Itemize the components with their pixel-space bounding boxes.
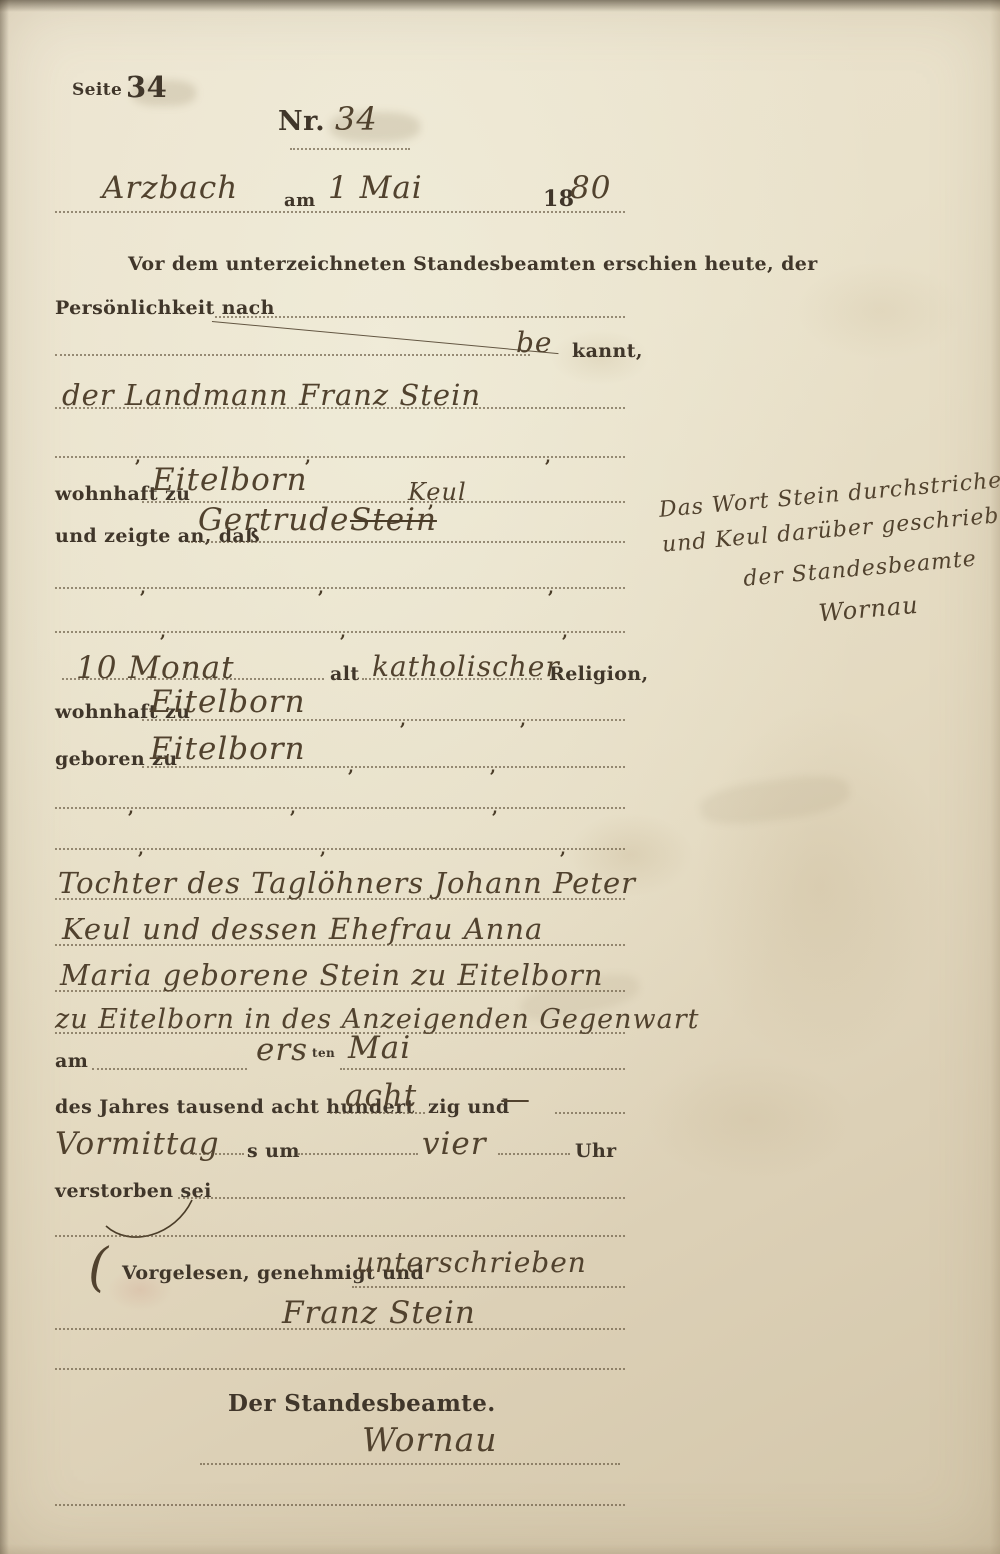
ruled-line: [55, 211, 625, 213]
record-number-label: Nr.: [278, 106, 325, 137]
wohnhaft-entry-2: Eitelborn: [150, 684, 306, 720]
child-surname-struck: Stein: [350, 502, 437, 538]
parents-line1: Tochter des Taglöhners Johann Peter: [58, 866, 636, 900]
ruled-line: [340, 1068, 625, 1070]
ruled-line: [55, 1032, 625, 1034]
ruled-line: [330, 1112, 425, 1114]
death-day-entry: ers: [256, 1032, 308, 1068]
year-entry: 80: [570, 170, 611, 206]
alt-label: alt: [330, 663, 360, 685]
date-day-entry: 1 Mai: [328, 170, 423, 206]
ruled-line: [142, 719, 625, 721]
ruled-line: [55, 1328, 625, 1330]
ditto-mark: ,: [545, 447, 551, 467]
record-number-value: 34: [335, 100, 378, 138]
geboren-entry: Eitelborn: [150, 731, 306, 767]
ditto-mark: ,: [492, 798, 498, 818]
death-am-label: am: [55, 1050, 88, 1072]
scan-edge-vignette: [0, 0, 1000, 1554]
ditto-mark: ,: [290, 798, 296, 818]
parents-line2: Keul und dessen Ehefrau Anna: [62, 912, 543, 946]
ditto-mark: ,: [128, 798, 134, 818]
paper-stains: [0, 0, 1000, 1554]
wohnhaft-entry-1: Eitelborn: [152, 462, 308, 498]
ruled-line: [290, 148, 410, 150]
bekannt-printed: kannt,: [572, 340, 643, 362]
child-surname-correction: Keul: [408, 478, 467, 506]
ruled-line: [200, 1463, 620, 1465]
age-entry: 10 Monat: [76, 650, 235, 686]
ditto-mark: ,: [560, 839, 566, 859]
margin-note: Das Wort Stein durchstrichen und Keul da…: [658, 469, 999, 640]
ditto-mark: ,: [160, 622, 166, 642]
ditto-mark: ,: [135, 447, 141, 467]
daytime-entry: Vormittag: [55, 1126, 220, 1162]
ruled-line: [188, 541, 625, 543]
ditto-mark: ,: [340, 622, 346, 642]
paren-flourish: (: [88, 1238, 109, 1298]
bleed-through-smudge: [698, 770, 852, 830]
ruled-line: [192, 1153, 244, 1155]
uhr-label: Uhr: [575, 1140, 617, 1162]
ruled-line: [55, 898, 625, 900]
official-signature: Wornau: [362, 1420, 498, 1459]
ditto-mark: ,: [490, 757, 496, 777]
margin-note-signature: Wornau: [817, 584, 999, 628]
ruled-line: [498, 1153, 570, 1155]
ruled-line: [362, 678, 542, 680]
s-um-label: s um: [247, 1140, 300, 1162]
ditto-mark: ,: [520, 710, 526, 730]
death-month-entry: Mai: [348, 1030, 411, 1066]
place-entry: Arzbach: [102, 170, 238, 206]
ruled-line: [215, 316, 625, 318]
blank-dash: —: [500, 1082, 531, 1117]
ditto-mark: ,: [318, 578, 324, 598]
ditto-mark: ,: [348, 757, 354, 777]
standesbeamte-title: Der Standesbeamte.: [228, 1390, 496, 1417]
ruled-line: [55, 1368, 625, 1370]
parents-line3: Maria geborene Stein zu Eitelborn: [60, 958, 604, 992]
child-first-name: Gertrude: [198, 502, 349, 538]
ditto-mark: ,: [562, 622, 568, 642]
ruled-line: [555, 1112, 625, 1114]
ruled-line: [55, 354, 530, 356]
death-year-entry: acht: [345, 1078, 417, 1114]
ruled-line: [55, 990, 625, 992]
page-label: Seite: [72, 80, 122, 100]
margin-note-line3: der Standesbeamte: [742, 545, 995, 592]
declarant-signature: Franz Stein: [282, 1295, 476, 1331]
ditto-mark: ,: [138, 839, 144, 859]
ditto-mark: ,: [400, 710, 406, 730]
ruled-line: [55, 1504, 625, 1506]
ruled-line: [55, 807, 625, 809]
ditto-mark: ,: [320, 839, 326, 859]
cancel-stroke: [212, 321, 559, 354]
ditto-mark: ,: [548, 578, 554, 598]
hour-entry: vier: [422, 1126, 487, 1162]
ruled-line: [55, 407, 625, 409]
register-page: Seite 34 Nr. 34 Arzbach am 1 Mai 18 80 V…: [0, 0, 1000, 1554]
am-label: am: [284, 190, 316, 211]
unterschrieben-entry: unterschrieben: [356, 1246, 587, 1279]
ruled-line: [55, 944, 625, 946]
pen-flourish: [100, 1196, 200, 1256]
intro-line1: Vor dem unterzeichneten Standesbeamten e…: [128, 253, 818, 275]
zig-und-label: zig und: [428, 1096, 510, 1118]
ten-suffix-label: ten: [312, 1046, 335, 1060]
ruled-line: [298, 1153, 418, 1155]
ditto-mark: ,: [140, 578, 146, 598]
ruled-line: [178, 1197, 625, 1199]
ruled-line: [55, 1235, 625, 1237]
ruled-line: [62, 678, 324, 680]
ruled-line: [352, 1286, 625, 1288]
religion-label: Religion,: [549, 663, 649, 685]
bekannt-hand-entry: be: [516, 326, 553, 359]
ruled-line: [92, 1068, 247, 1070]
page-number: 34: [126, 70, 167, 104]
ruled-line: [142, 766, 625, 768]
